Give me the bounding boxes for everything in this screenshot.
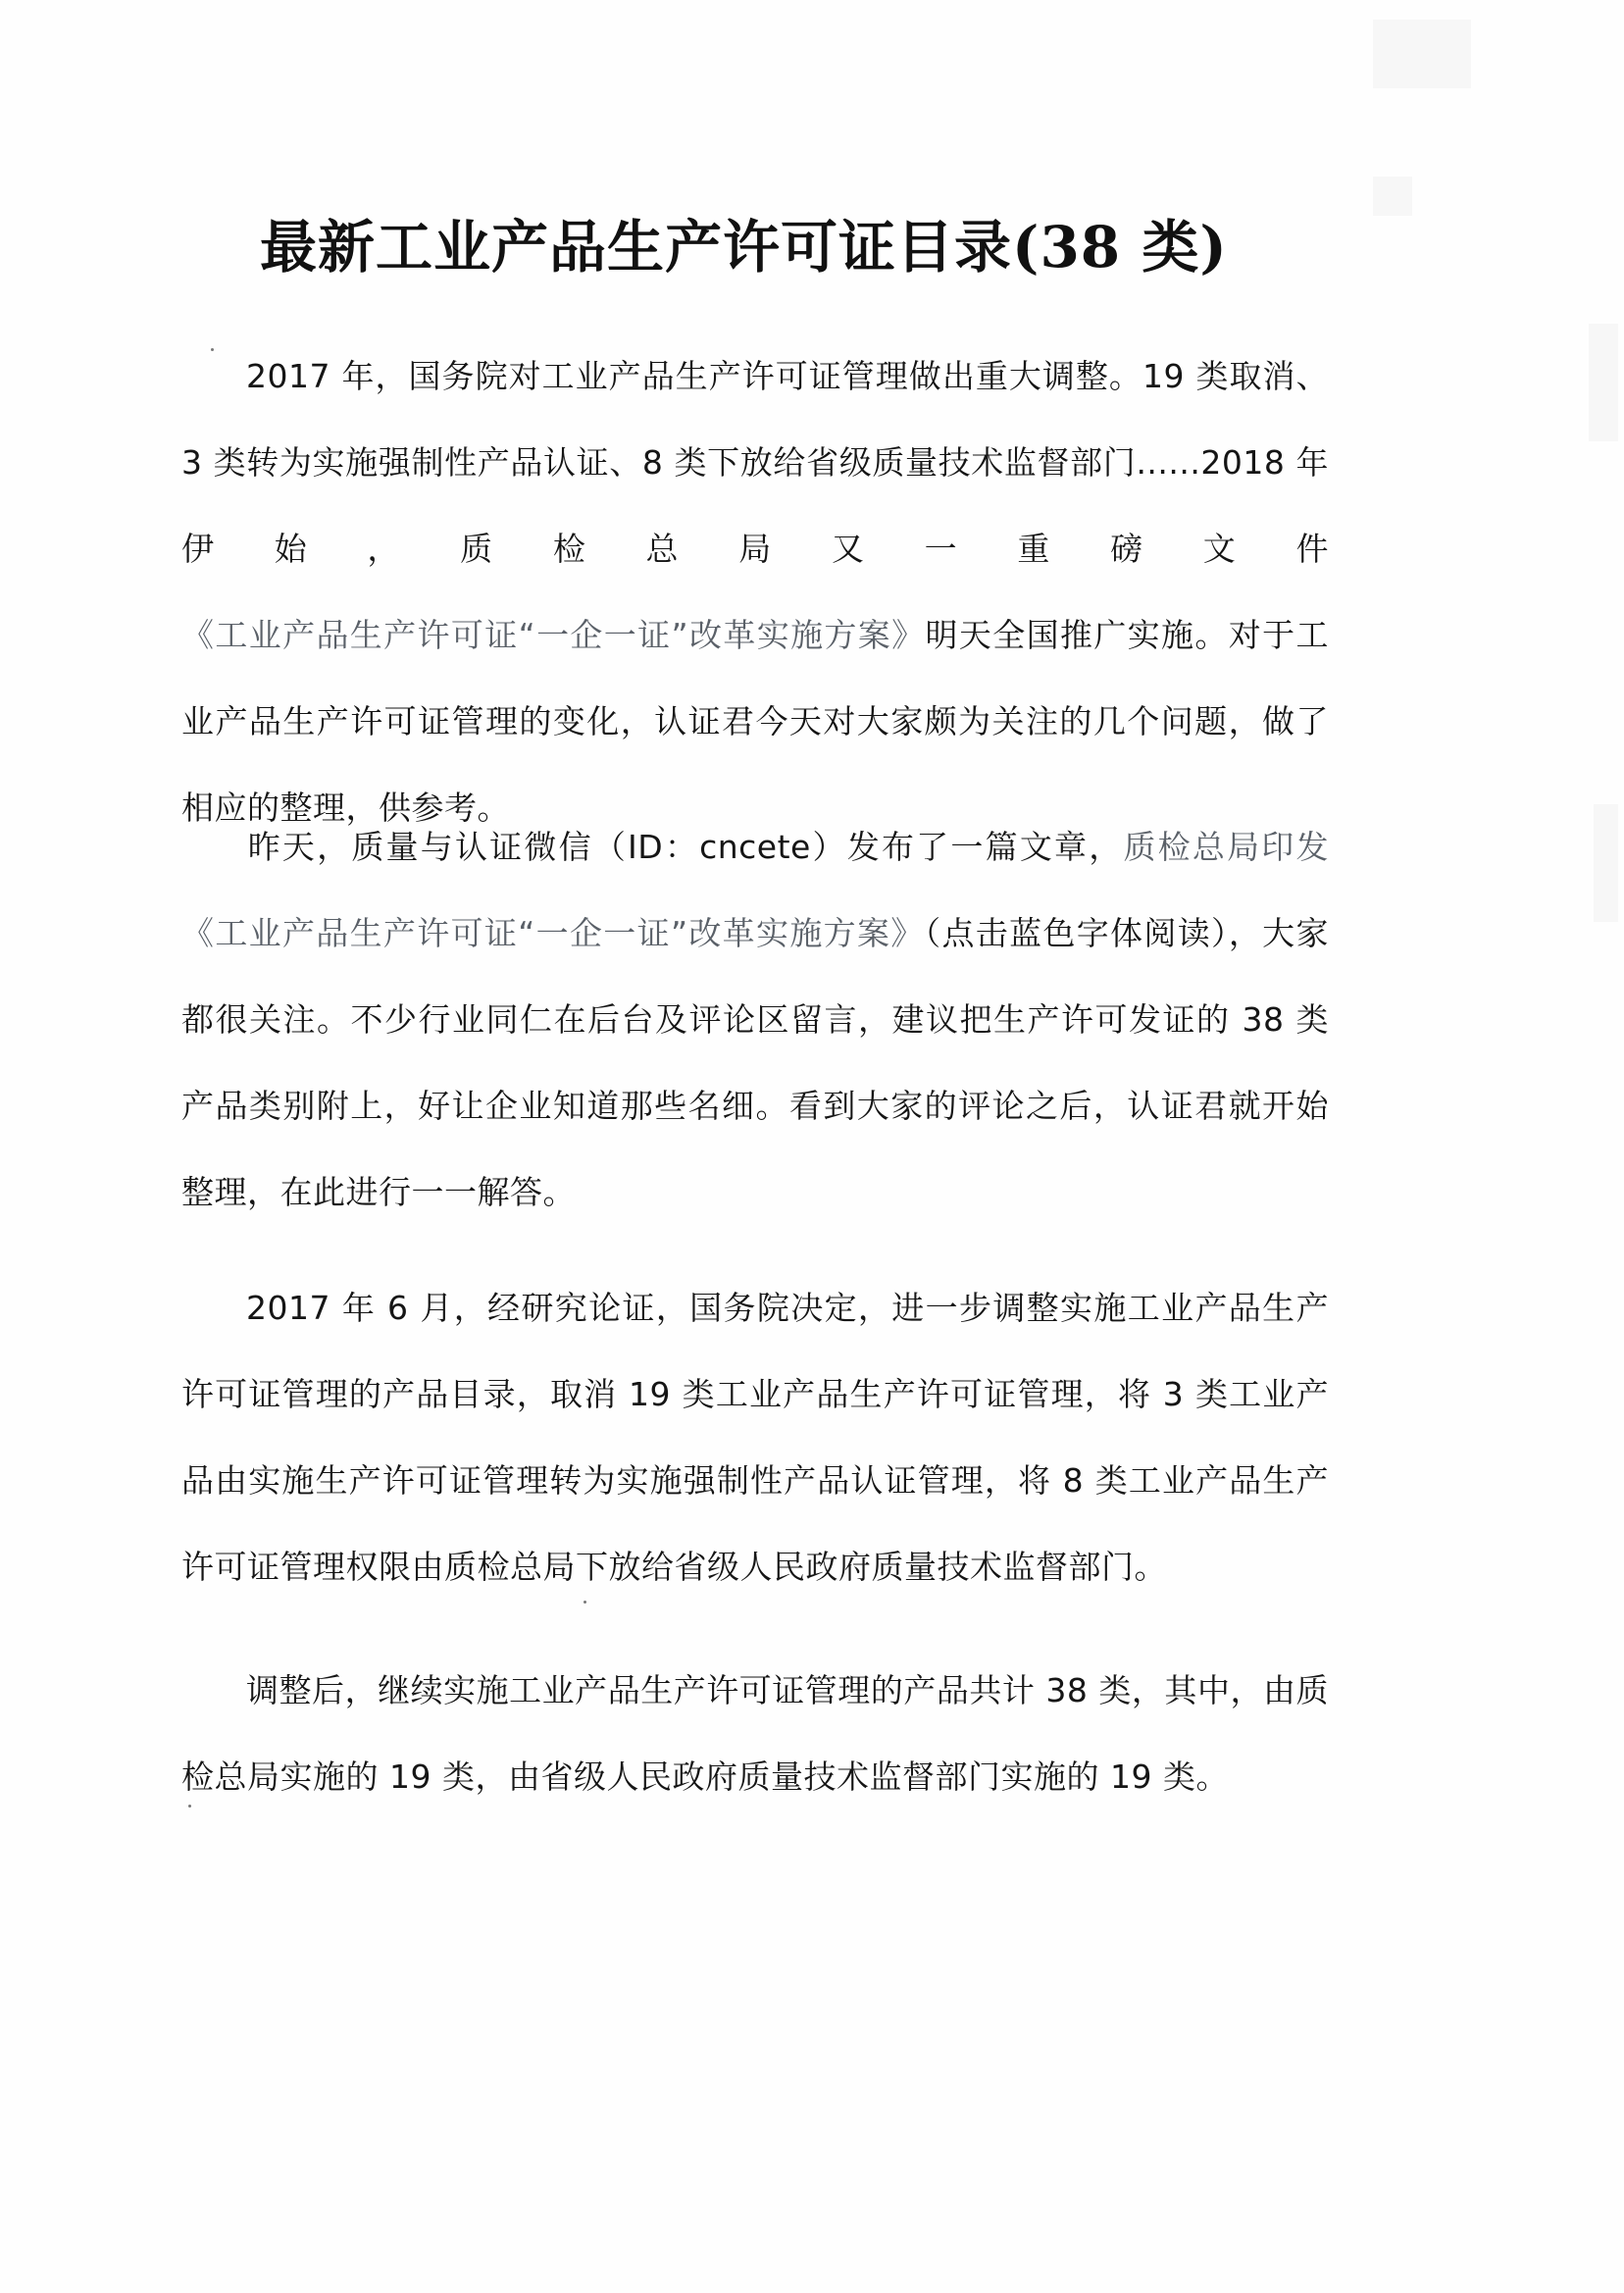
paragraph-text: 昨天，质量与认证微信（ID：cncete）发布了一篇文章， xyxy=(246,828,1123,866)
paragraph-2: 昨天，质量与认证微信（ID：cncete）发布了一篇文章，质检总局印发《工业产品… xyxy=(181,804,1329,1236)
scan-artifact xyxy=(1589,324,1618,441)
paragraph-3: 2017 年 6 月，经研究论证，国务院决定，进一步调整实施工业产品生产许可证管… xyxy=(181,1265,1329,1610)
paragraph-text: （点击蓝色字体阅读），大家都很关注。不少行业同仁在后台及评论区留言，建议把生产许… xyxy=(181,914,1329,1211)
scan-artifact xyxy=(1373,177,1412,216)
article-link[interactable]: 《工业产品生产许可证“一企一证”改革实施方案》 xyxy=(181,616,926,654)
paragraph-1: 2017 年，国务院对工业产品生产许可证管理做出重大调整。19 类取消、3 类转… xyxy=(181,333,1329,851)
paragraph-text: 2017 年 6 月，经研究论证，国务院决定，进一步调整实施工业产品生产许可证管… xyxy=(181,1289,1329,1586)
paragraph-text: 2017 年，国务院对工业产品生产许可证管理做出重大调整。19 类取消、3 类转… xyxy=(181,357,1329,568)
scanned-page: 最新工业产品生产许可证目录(38 类) 2017 年，国务院对工业产品生产许可证… xyxy=(0,0,1624,2293)
scan-artifact xyxy=(1594,804,1618,922)
paragraph-text: 调整后，继续实施工业产品生产许可证管理的产品共计 38 类，其中，由质检总局实施… xyxy=(181,1671,1329,1796)
scan-artifact xyxy=(1373,20,1471,88)
document-title: 最新工业产品生产许可证目录(38 类) xyxy=(260,201,1339,283)
paragraph-4: 调整后，继续实施工业产品生产许可证管理的产品共计 38 类，其中，由质检总局实施… xyxy=(181,1648,1329,1820)
